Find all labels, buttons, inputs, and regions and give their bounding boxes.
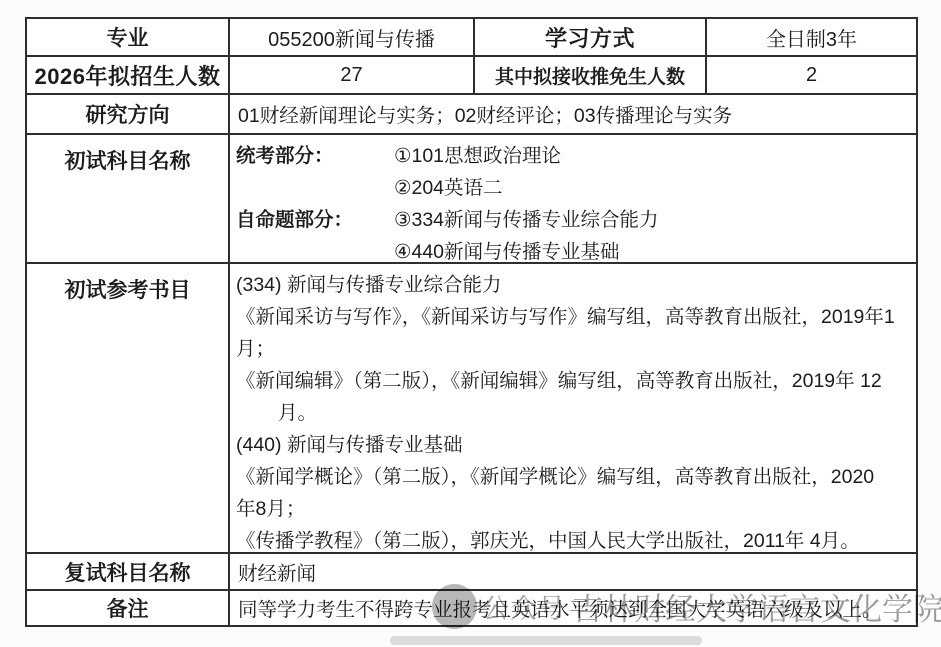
cell-enrollment-value: 27 xyxy=(230,57,475,95)
cell-remarks-label: 备注 xyxy=(27,591,230,625)
exam-part-label: 自命题部分： xyxy=(236,204,394,236)
exam-part-label: 统考部分： xyxy=(236,140,394,172)
admissions-table-page: 专业 055200新闻与传播 学习方式 全日制3年 2026年拟招生人数 27 … xyxy=(0,0,941,647)
cell-reference-books-content: (334) 新闻与传播专业综合能力 《新闻采访与写作》，《新闻采访与写作》编写组… xyxy=(230,264,916,554)
cell-retest-subjects-content: 财经新闻 xyxy=(230,554,916,591)
cell-initial-exam-subjects-label: 初试科目名称 xyxy=(27,135,230,264)
cell-tuimian-value: 2 xyxy=(707,57,916,95)
exam-subject: ①101思想政治理论 xyxy=(394,140,561,172)
reference-line: 月。 xyxy=(236,397,912,429)
subject-line: ④440新闻与传播专业基础 xyxy=(236,236,912,264)
exam-subject: ②204英语二 xyxy=(394,172,503,204)
cell-reference-books-label: 初试参考书目 xyxy=(27,264,230,554)
watermark-remnant-bar xyxy=(390,636,702,645)
reference-line: 月； xyxy=(236,333,912,365)
cell-research-directions-content: 01财经新闻理论与实务；02财经评论；03传播理论与实务 xyxy=(230,95,916,135)
reference-line: 《新闻编辑》（第二版），《新闻编辑》编写组，高等教育出版社，2019年 12 xyxy=(236,365,912,397)
exam-part-label xyxy=(236,236,394,264)
admissions-info-table: 专业 055200新闻与传播 学习方式 全日制3年 2026年拟招生人数 27 … xyxy=(25,17,918,627)
cell-tuimian-label: 其中拟接收推免生人数 xyxy=(475,57,707,95)
exam-subject: ④440新闻与传播专业基础 xyxy=(394,236,620,264)
reference-line: (440) 新闻与传播专业基础 xyxy=(236,429,912,461)
reference-line: 《新闻学概论》（第二版），《新闻学概论》编写组，高等教育出版社，2020 xyxy=(236,461,912,493)
reference-line: (334) 新闻与传播专业综合能力 xyxy=(236,269,912,301)
subject-line: ②204英语二 xyxy=(236,172,912,204)
exam-part-label xyxy=(236,172,394,204)
reference-line: 《传播学教程》（第二版），郭庆光，中国人民大学出版社，2011年 4月。 xyxy=(236,525,912,554)
reference-line: 年8月； xyxy=(236,493,912,525)
cell-remarks-content: 同等学力考生不得跨专业报考且英语水平须达到全国大学英语六级及以上。 xyxy=(230,591,916,625)
cell-enrollment-label: 2026年拟招生人数 xyxy=(27,57,230,95)
subject-line: 统考部分： ①101思想政治理论 xyxy=(236,140,912,172)
exam-subject: ③334新闻与传播专业综合能力 xyxy=(394,204,659,236)
reference-line: 《新闻采访与写作》，《新闻采访与写作》编写组，高等教育出版社，2019年1 xyxy=(236,301,912,333)
cell-study-mode-value: 全日制3年 xyxy=(707,19,916,57)
cell-initial-exam-subjects-content: 统考部分： ①101思想政治理论 ②204英语二 自命题部分： ③334新闻与传… xyxy=(230,135,916,264)
cell-research-directions-label: 研究方向 xyxy=(27,95,230,135)
subject-line: 自命题部分： ③334新闻与传播专业综合能力 xyxy=(236,204,912,236)
cell-retest-subjects-label: 复试科目名称 xyxy=(27,554,230,591)
cell-study-mode-label: 学习方式 xyxy=(475,19,707,57)
cell-major-value: 055200新闻与传播 xyxy=(230,19,475,57)
cell-major-label: 专业 xyxy=(27,19,230,57)
